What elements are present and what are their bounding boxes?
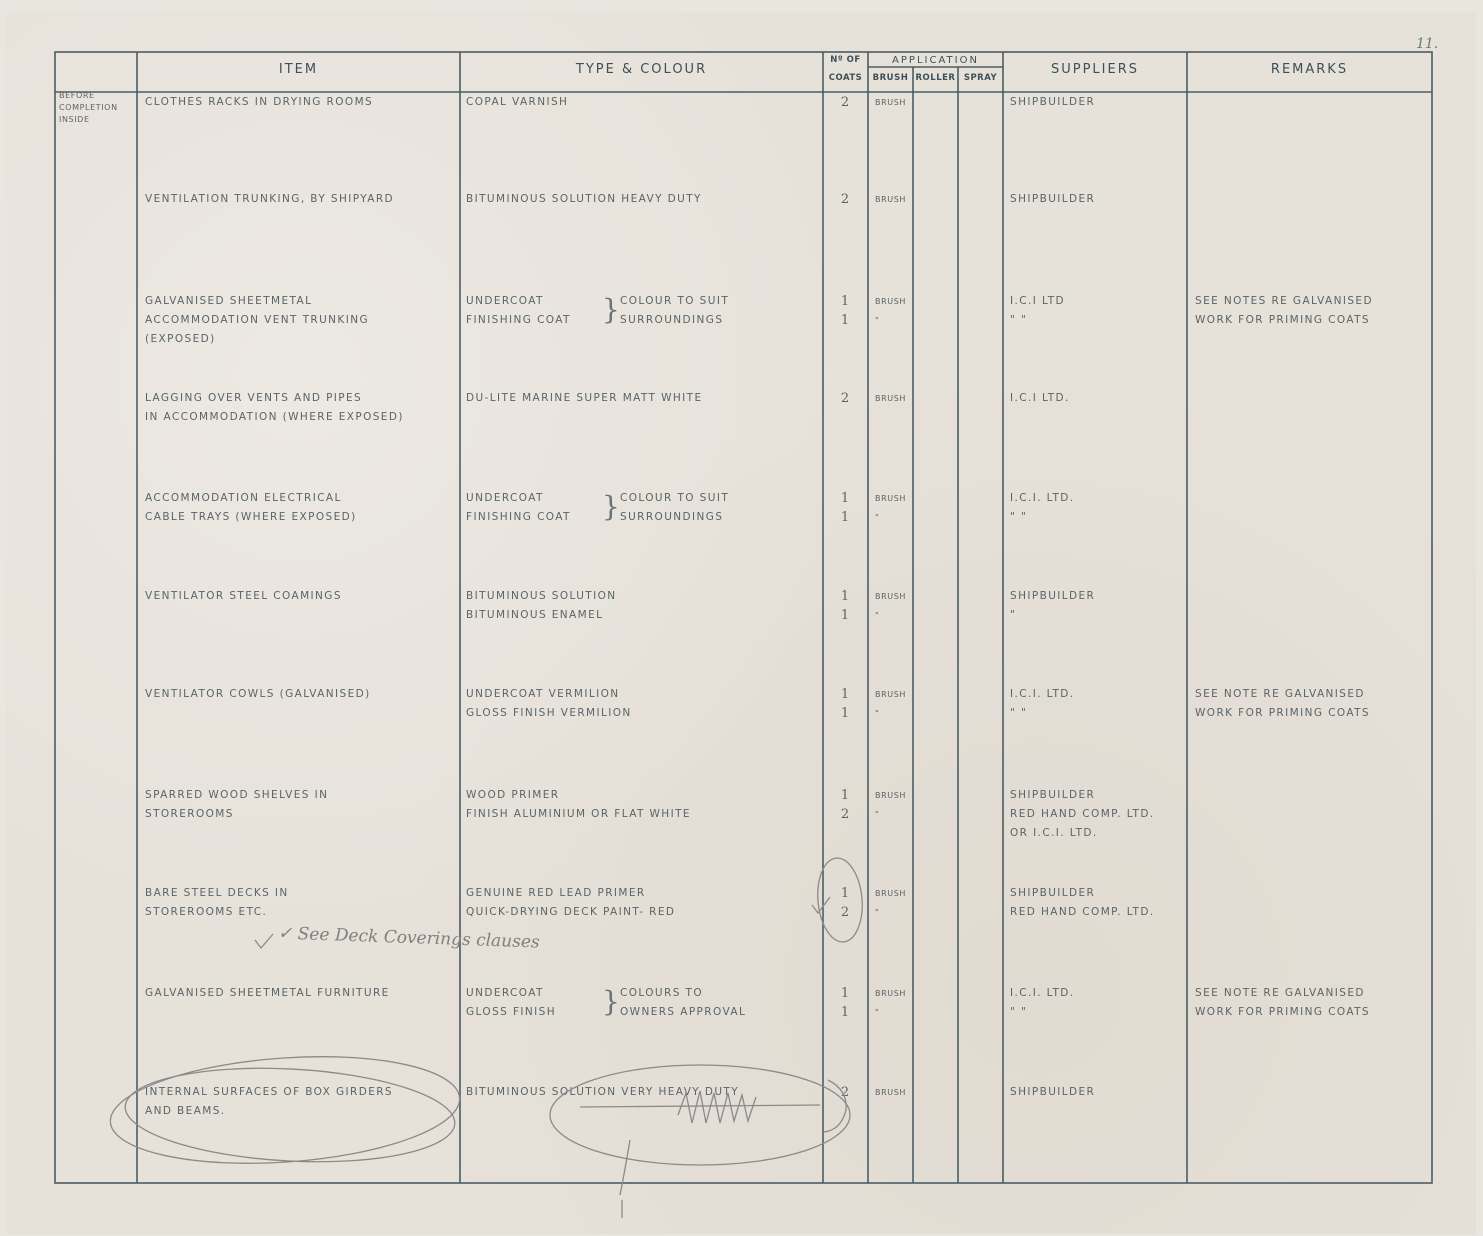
item-text: CLOTHES RACKS IN DRYING ROOMS [145, 93, 373, 112]
coats-value: 2 [830, 805, 860, 824]
brace-icon: } [602, 983, 621, 1021]
item-text: BARE STEEL DECKS IN [145, 884, 289, 903]
coats-value: 1 [830, 587, 860, 606]
item-text: (EXPOSED) [145, 330, 216, 349]
brush-value: " [875, 903, 879, 922]
coats-value: 1 [830, 489, 860, 508]
brush-value: BRUSH [875, 1083, 906, 1102]
type-text: BITUMINOUS ENAMEL [466, 606, 603, 625]
supplier-text: RED HAND COMP. LTD. [1010, 805, 1155, 824]
header-coats-bottom: COATS [823, 73, 868, 83]
coats-value: 2 [830, 93, 860, 112]
brush-value: BRUSH [875, 786, 906, 805]
header-application: APPLICATION [868, 55, 1003, 66]
item-text: VENTILATION TRUNKING, BY SHIPYARD [145, 190, 394, 209]
brush-value: BRUSH [875, 685, 906, 704]
header-spray: SPRAY [958, 73, 1003, 83]
type-text: GENUINE RED LEAD PRIMER [466, 884, 646, 903]
type-text: UNDERCOAT [466, 984, 544, 1003]
item-text: LAGGING OVER VENTS AND PIPES [145, 389, 362, 408]
item-text: VENTILATOR STEEL COAMINGS [145, 587, 342, 606]
supplier-text: RED HAND COMP. LTD. [1010, 903, 1155, 922]
supplier-text: I.C.I. LTD. [1010, 685, 1075, 704]
brush-value: " [875, 508, 879, 527]
item-text: GALVANISED SHEETMETAL FURNITURE [145, 984, 390, 1003]
coats-value: 1 [830, 1003, 860, 1022]
type-text: WOOD PRIMER [466, 786, 559, 805]
brush-value: " [875, 311, 879, 330]
coats-value: 1 [830, 292, 860, 311]
type-note-text: COLOURS TO [620, 984, 703, 1003]
supplier-text: I.C.I. LTD. [1010, 489, 1075, 508]
remarks-text: WORK FOR PRIMING COATS [1195, 311, 1370, 330]
supplier-text: SHIPBUILDER [1010, 93, 1095, 112]
remarks-text: SEE NOTE RE GALVANISED [1195, 685, 1365, 704]
section-label: BEFORE COMPLETION INSIDE [59, 90, 118, 126]
brush-value: BRUSH [875, 984, 906, 1003]
type-note-text: SURROUNDINGS [620, 311, 723, 330]
coats-value: 1 [830, 606, 860, 625]
type-text: UNDERCOAT [466, 292, 544, 311]
coats-value: 1 [830, 984, 860, 1003]
supplier-text: " " [1010, 1003, 1027, 1022]
brush-value: " [875, 1003, 879, 1022]
coats-value: 1 [830, 884, 860, 903]
coats-value: 1 [830, 508, 860, 527]
supplier-text: " " [1010, 311, 1027, 330]
header-suppliers: SUPPLIERS [1003, 62, 1187, 77]
brush-value: " [875, 704, 879, 723]
remarks-text: SEE NOTES RE GALVANISED [1195, 292, 1373, 311]
type-note-text: COLOUR TO SUIT [620, 489, 729, 508]
supplier-text: SHIPBUILDER [1010, 786, 1095, 805]
type-text: BITUMINOUS SOLUTION HEAVY DUTY [466, 190, 702, 209]
coats-value: 1 [830, 311, 860, 330]
coats-value: 2 [830, 903, 860, 922]
header-type-colour: TYPE & COLOUR [460, 62, 823, 77]
item-text: ACCOMMODATION VENT TRUNKING [145, 311, 369, 330]
type-text: BITUMINOUS SOLUTION VERY HEAVY DUTY [466, 1083, 739, 1102]
brush-value: BRUSH [875, 489, 906, 508]
brace-icon: } [602, 488, 621, 526]
brush-value: BRUSH [875, 190, 906, 209]
coats-value: 1 [830, 786, 860, 805]
type-text: UNDERCOAT VERMILION [466, 685, 620, 704]
coats-value: 1 [830, 704, 860, 723]
type-text: FINISHING COAT [466, 508, 571, 527]
header-remarks: REMARKS [1187, 62, 1432, 77]
item-text: AND BEAMS. [145, 1102, 226, 1121]
supplier-text: I.C.I LTD [1010, 292, 1065, 311]
type-note-text: COLOUR TO SUIT [620, 292, 729, 311]
brush-value: BRUSH [875, 587, 906, 606]
item-text: STOREROOMS ETC. [145, 903, 267, 922]
type-text: QUICK-DRYING DECK PAINT- RED [466, 903, 675, 922]
item-text: GALVANISED SHEETMETAL [145, 292, 312, 311]
supplier-text: SHIPBUILDER [1010, 190, 1095, 209]
coats-value: 1 [830, 685, 860, 704]
coats-value: 2 [830, 190, 860, 209]
item-text: SPARRED WOOD SHELVES IN [145, 786, 328, 805]
item-text: IN ACCOMMODATION (WHERE EXPOSED) [145, 408, 404, 427]
item-text: CABLE TRAYS (WHERE EXPOSED) [145, 508, 357, 527]
header-roller: ROLLER [913, 73, 958, 83]
type-note-text: OWNERS APPROVAL [620, 1003, 746, 1022]
coats-value: 2 [830, 1083, 860, 1102]
type-text: DU-LITE MARINE SUPER MATT WHITE [466, 389, 703, 408]
type-text: FINISHING COAT [466, 311, 571, 330]
header-coats-top: Nº OF [823, 55, 868, 65]
item-text: ACCOMMODATION ELECTRICAL [145, 489, 342, 508]
type-text: COPAL VARNISH [466, 93, 568, 112]
item-text: VENTILATOR COWLS (GALVANISED) [145, 685, 371, 704]
header-brush: BRUSH [868, 73, 913, 83]
header-item: ITEM [137, 62, 460, 77]
coats-value: 2 [830, 389, 860, 408]
page-number: 11. [1416, 36, 1438, 52]
brush-value: BRUSH [875, 292, 906, 311]
type-note-text: SURROUNDINGS [620, 508, 723, 527]
brush-value: BRUSH [875, 389, 906, 408]
supplier-text: SHIPBUILDER [1010, 1083, 1095, 1102]
supplier-text: SHIPBUILDER [1010, 587, 1095, 606]
supplier-text: SHIPBUILDER [1010, 884, 1095, 903]
item-text: INTERNAL SURFACES OF BOX GIRDERS [145, 1083, 393, 1102]
supplier-text: " " [1010, 704, 1027, 723]
brush-value: " [875, 606, 879, 625]
type-text: BITUMINOUS SOLUTION [466, 587, 617, 606]
remarks-text: WORK FOR PRIMING COATS [1195, 1003, 1370, 1022]
supplier-text: " " [1010, 508, 1027, 527]
brace-icon: } [602, 291, 621, 329]
type-text: UNDERCOAT [466, 489, 544, 508]
item-text: STOREROOMS [145, 805, 234, 824]
remarks-text: WORK FOR PRIMING COATS [1195, 704, 1370, 723]
brush-value: BRUSH [875, 884, 906, 903]
brush-value: " [875, 805, 879, 824]
supplier-text: I.C.I. LTD. [1010, 984, 1075, 1003]
type-text: GLOSS FINISH VERMILION [466, 704, 632, 723]
brush-value: BRUSH [875, 93, 906, 112]
supplier-text: " [1010, 606, 1016, 625]
remarks-text: SEE NOTE RE GALVANISED [1195, 984, 1365, 1003]
supplier-text: OR I.C.I. LTD. [1010, 824, 1098, 843]
supplier-text: I.C.I LTD. [1010, 389, 1070, 408]
type-text: FINISH ALUMINIUM OR FLAT WHITE [466, 805, 691, 824]
type-text: GLOSS FINISH [466, 1003, 556, 1022]
